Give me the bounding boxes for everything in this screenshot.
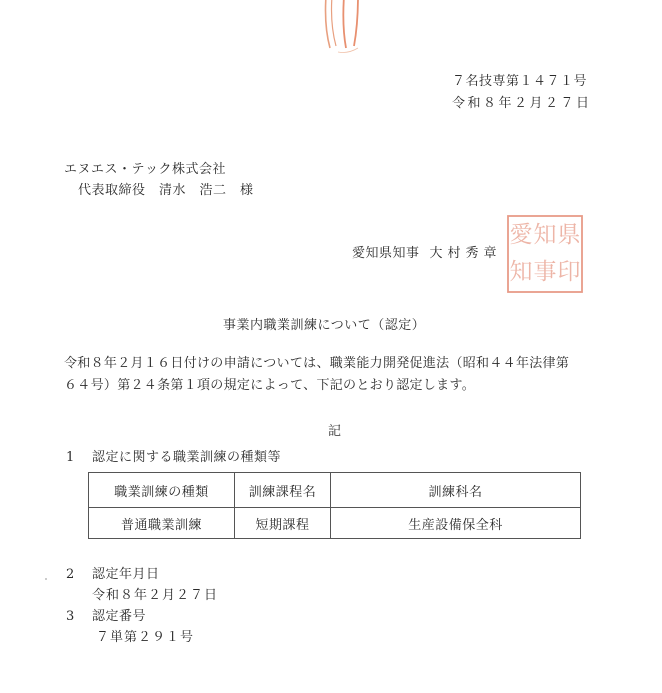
- seal-char: 知: [510, 259, 533, 285]
- table-row: 普通職業訓練 短期課程 生産設備保全科: [89, 508, 581, 539]
- issuer: 愛知県知事大村秀章: [352, 246, 502, 262]
- ki-heading: 記: [328, 424, 341, 440]
- item-label: 認定年月日: [92, 567, 160, 583]
- recipient-person: 代表取締役 清水 浩二 様: [78, 183, 254, 199]
- issuer-name: 大村秀章: [430, 246, 502, 261]
- item-number: 1: [66, 450, 74, 466]
- item-label: 認定に関する職業訓練の種類等: [92, 450, 281, 466]
- item-label: 認定番号: [92, 609, 146, 625]
- table-cell: 短期課程: [235, 508, 331, 539]
- training-table: 職業訓練の種類 訓練課程名 訓練科名 普通職業訓練 短期課程 生産設備保全科: [88, 472, 581, 539]
- seal-char: 事: [534, 259, 557, 285]
- document-subject: 事業内職業訓練について（認定）: [223, 318, 425, 334]
- body-text-line: 令和８年２月１６日付けの申請については、職業能力開発促進法（昭和４４年法律第: [64, 356, 569, 372]
- item-number: 3: [66, 609, 74, 625]
- official-seal-icon: 県 知 愛 印 事 知: [505, 213, 585, 295]
- certification-number: ７単第２９１号: [96, 630, 194, 646]
- item-number: 2: [66, 567, 74, 583]
- body-text-line: ６４号）第２４条第１項の規定によって、下記のとおり認定します。: [64, 378, 475, 394]
- table-header-cell: 職業訓練の種類: [89, 473, 235, 508]
- table-cell: 生産設備保全科: [331, 508, 581, 539]
- table-header-cell: 訓練科名: [331, 473, 581, 508]
- recipient-company: エヌエス・テック株式会社: [64, 162, 226, 178]
- seal-char: 愛: [510, 222, 533, 248]
- document-date: 令和８年２月２７日: [452, 96, 592, 112]
- issuer-title: 愛知県知事: [352, 246, 420, 261]
- table-cell: 普通職業訓練: [89, 508, 235, 539]
- seal-char: 県: [558, 222, 581, 248]
- scan-artifact: [45, 578, 47, 580]
- seal-char: 知: [534, 222, 557, 248]
- seal-char: 印: [558, 259, 581, 285]
- table-header-row: 職業訓練の種類 訓練課程名 訓練科名: [89, 473, 581, 508]
- table-header-cell: 訓練課程名: [235, 473, 331, 508]
- certification-date: 令和８年２月２７日: [92, 588, 218, 604]
- partial-seal-mark-icon: [318, 0, 368, 54]
- document-number: ７名技専第１４７１号: [452, 74, 587, 90]
